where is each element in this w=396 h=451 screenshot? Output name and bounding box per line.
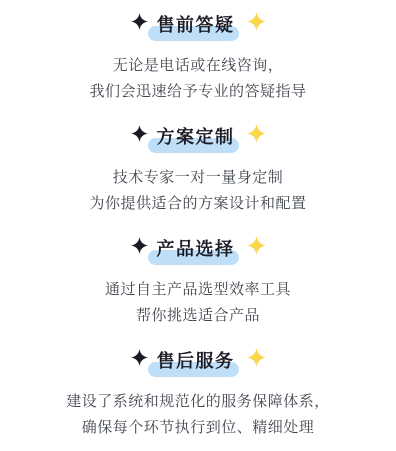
service-section: 产品选择 通过自主产品选型效率工具帮你挑选适合产品 [0,234,396,329]
service-section: 售前答疑 无论是电话或在线咨询，我们会迅速给予专业的答疑指导 [0,10,396,105]
section-title-text: 售前答疑 [157,15,235,37]
section-description: 通过自主产品选型效率工具帮你挑选适合产品 [0,277,396,329]
section-description: 无论是电话或在线咨询，我们会迅速给予专业的答疑指导 [0,53,396,105]
section-title-text: 产品选择 [157,239,235,261]
section-description: 技术专家一对一量身定制为你提供适合的方案设计和配置 [0,165,396,217]
sparkle-black-icon [131,237,148,254]
description-line: 确保每个环节执行到位、精细处理 [0,415,396,441]
section-title-row: 产品选择 [0,234,396,266]
section-title-row: 方案定制 [0,122,396,154]
sparkle-black-icon [131,349,148,366]
description-line: 无论是电话或在线咨询， [0,53,396,79]
section-title-row: 售前答疑 [0,10,396,42]
section-title: 方案定制 [157,127,235,149]
section-title-row: 售后服务 [0,346,396,378]
section-title: 售后服务 [157,351,235,373]
sparkle-yellow-icon [247,12,266,31]
description-line: 通过自主产品选型效率工具 [0,277,396,303]
service-section: 售后服务 建设了系统和规范化的服务保障体系，确保每个环节执行到位、精细处理 [0,346,396,441]
sparkle-yellow-icon [247,236,266,255]
service-section: 方案定制 技术专家一对一量身定制为你提供适合的方案设计和配置 [0,122,396,217]
section-title: 售前答疑 [157,15,235,37]
description-line: 技术专家一对一量身定制 [0,165,396,191]
description-line: 建设了系统和规范化的服务保障体系， [0,389,396,415]
section-title-text: 方案定制 [157,127,235,149]
description-line: 我们会迅速给予专业的答疑指导 [0,79,396,105]
sections-list: 售前答疑 无论是电话或在线咨询，我们会迅速给予专业的答疑指导 方案定制 [0,10,396,441]
sparkle-yellow-icon [247,124,266,143]
section-title: 产品选择 [157,239,235,261]
section-title-text: 售后服务 [157,351,235,373]
section-description: 建设了系统和规范化的服务保障体系，确保每个环节执行到位、精细处理 [0,389,396,441]
sparkle-black-icon [131,125,148,142]
description-line: 帮你挑选适合产品 [0,303,396,329]
description-line: 为你提供适合的方案设计和配置 [0,191,396,217]
sparkle-yellow-icon [247,348,266,367]
service-features-page: 售前答疑 无论是电话或在线咨询，我们会迅速给予专业的答疑指导 方案定制 [0,0,396,451]
sparkle-black-icon [131,13,148,30]
